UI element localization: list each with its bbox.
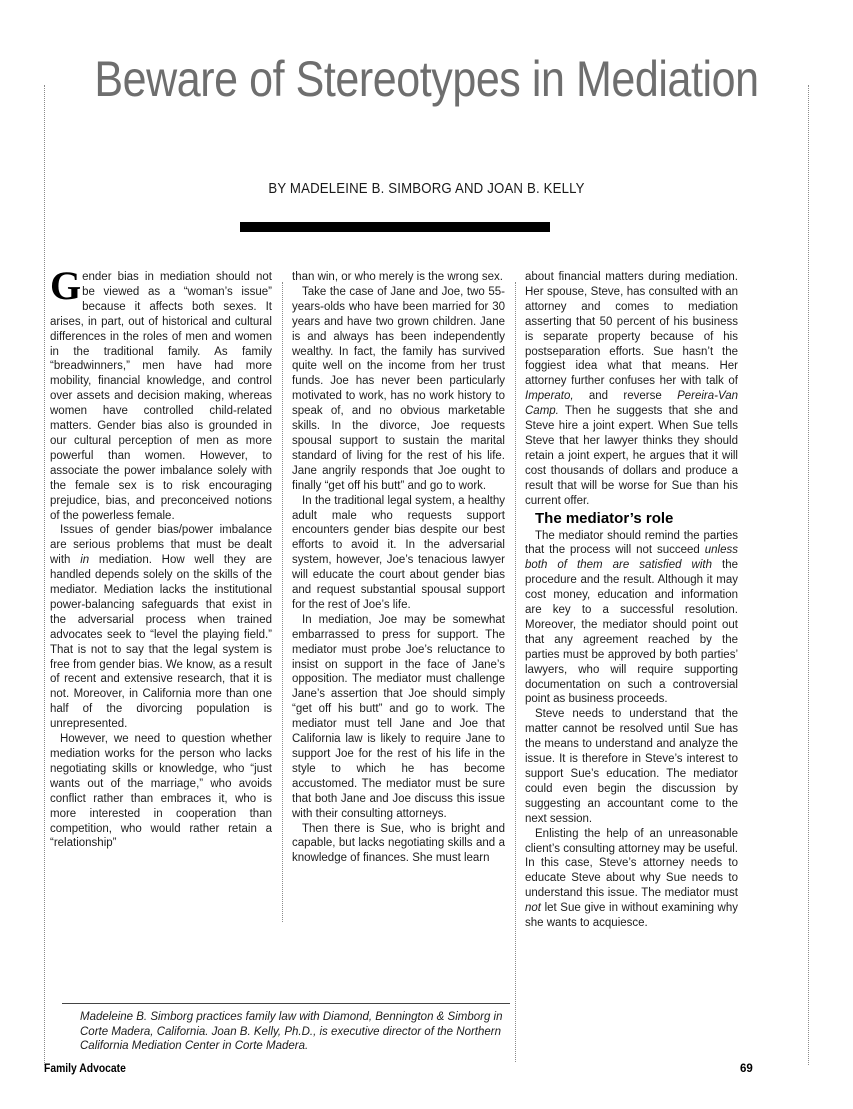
paragraph: However, we need to question whether med… — [50, 732, 272, 851]
page-border-left — [44, 85, 45, 1065]
paragraph-text: ender bias in mediation should not be vi… — [50, 271, 272, 522]
case-name: Imperato, — [525, 390, 574, 402]
page-border-right — [808, 85, 809, 1065]
magazine-page: Beware of Stereotypes in Mediation BY MA… — [0, 0, 853, 1109]
publication-name: Family Advocate — [44, 1063, 126, 1075]
article-column-2: than win, or who merely is the wrong sex… — [292, 270, 505, 866]
paragraph: The mediator should remind the parties t… — [525, 529, 738, 708]
paragraph-text: about financial matters during mediation… — [525, 271, 738, 387]
paragraph: Take the case of Jane and Joe, two 55-ye… — [292, 285, 505, 494]
paragraph: Steve needs to understand that the matte… — [525, 707, 738, 826]
article-byline: BY MADELEINE B. SIMBORG AND JOAN B. KELL… — [51, 180, 802, 197]
section-heading: The mediator’s role — [525, 509, 738, 529]
emphasis-text: in — [80, 554, 89, 566]
paragraph-text: and reverse — [574, 390, 677, 402]
paragraph-text: Enlisting the help of an unreasonable cl… — [525, 828, 738, 900]
article-column-1: Gender bias in mediation should not be v… — [50, 270, 272, 851]
article-column-3: about financial matters during mediation… — [525, 270, 738, 931]
column-divider-2 — [515, 282, 516, 1062]
paragraph-text: let Sue give in without examining why sh… — [525, 902, 738, 929]
paragraph: Then there is Sue, who is bright and cap… — [292, 822, 505, 867]
page-number: 69 — [740, 1063, 753, 1075]
author-bio-footnote: Madeleine B. Simborg practices family la… — [80, 1010, 510, 1054]
title-rule — [240, 222, 550, 232]
emphasis-text: not — [525, 902, 541, 914]
footnote-rule — [62, 1003, 510, 1004]
paragraph: about financial matters during mediation… — [525, 270, 738, 509]
paragraph-text: the procedure and the result. Although i… — [525, 559, 738, 705]
paragraph: In the traditional legal system, a healt… — [292, 494, 505, 613]
column-divider-1 — [282, 282, 283, 922]
paragraph-text: mediation. How well they are handled dep… — [50, 554, 272, 730]
drop-cap: G — [50, 270, 81, 302]
paragraph: In mediation, Joe may be somewhat embarr… — [292, 613, 505, 822]
paragraph-text: Then he suggests that she and Steve hire… — [525, 405, 738, 506]
article-title: Beware of Stereotypes in Mediation — [60, 50, 794, 108]
paragraph: than win, or who merely is the wrong sex… — [292, 270, 505, 285]
paragraph: Enlisting the help of an unreasonable cl… — [525, 827, 738, 931]
paragraph: Issues of gender bias/power imbalance ar… — [50, 523, 272, 732]
paragraph: Gender bias in mediation should not be v… — [50, 270, 272, 523]
